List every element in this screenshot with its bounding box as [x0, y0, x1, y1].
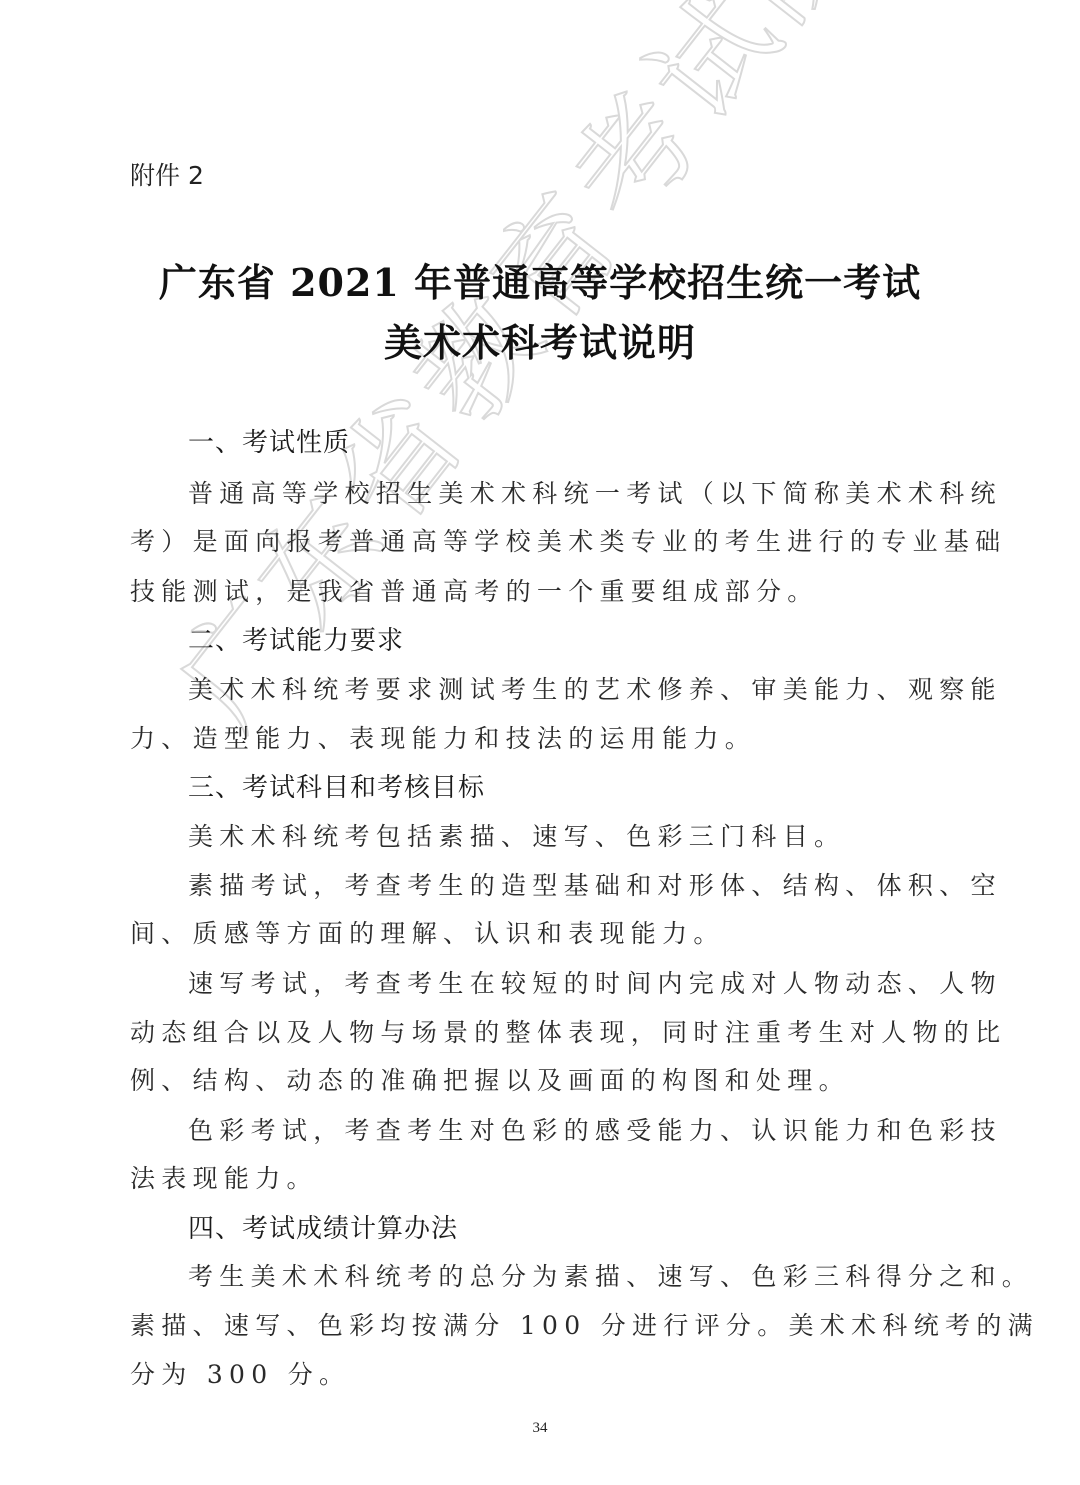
- paragraph-line: 考生美术术科统考的总分为素描、速写、色彩三科得分之和。: [188, 1257, 1033, 1293]
- paragraph-line: 法表现能力。: [130, 1159, 318, 1195]
- section-heading-ability: 二、考试能力要求: [188, 620, 404, 657]
- paragraph-line: 素描、速写、色彩均按满分 100 分进行评分。美术术科统考的满: [130, 1306, 1039, 1342]
- paragraph-line: 间、质感等方面的理解、认识和表现能力。: [130, 914, 725, 950]
- section-heading-scoring: 四、考试成绩计算办法: [188, 1208, 458, 1245]
- paragraph-line: 技能测试，是我省普通高考的一个重要组成部分。: [130, 572, 819, 608]
- paragraph-line: 美术术科统考包括素描、速写、色彩三门科目。: [188, 817, 845, 853]
- paragraph-line: 分为 300 分。: [130, 1355, 350, 1391]
- paragraph-line: 考）是面向报考普通高等学校美术类专业的考生进行的专业基础: [130, 522, 1006, 558]
- paragraph-line: 普通高等学校招生美术术科统一考试（以下简称美术术科统: [188, 474, 1002, 510]
- section-heading-nature: 一、考试性质: [188, 422, 350, 459]
- page-number: 34: [0, 1420, 1080, 1437]
- paragraph-line: 色彩考试，考查考生对色彩的感受能力、认识能力和色彩技: [188, 1111, 1002, 1147]
- paragraph-line: 例、结构、动态的准确把握以及画面的构图和处理。: [130, 1061, 850, 1097]
- paragraph-line: 素描考试，考查考生的造型基础和对形体、结构、体积、空: [188, 866, 1002, 902]
- document-title-line-2: 美术术科考试说明: [0, 312, 1080, 367]
- attachment-label: 附件 2: [130, 156, 204, 192]
- document-title-line-1: 广东省 2021 年普通高等学校招生统一考试: [0, 252, 1080, 307]
- section-heading-subjects: 三、考试科目和考核目标: [188, 767, 485, 804]
- paragraph-line: 力、造型能力、表现能力和技法的运用能力。: [130, 719, 756, 755]
- paragraph-line: 速写考试，考查考生在较短的时间内完成对人物动态、人物: [188, 964, 1002, 1000]
- paragraph-line: 美术术科统考要求测试考生的艺术修养、审美能力、观察能: [188, 670, 1002, 706]
- paragraph-line: 动态组合以及人物与场景的整体表现，同时注重考生对人物的比: [130, 1013, 1006, 1049]
